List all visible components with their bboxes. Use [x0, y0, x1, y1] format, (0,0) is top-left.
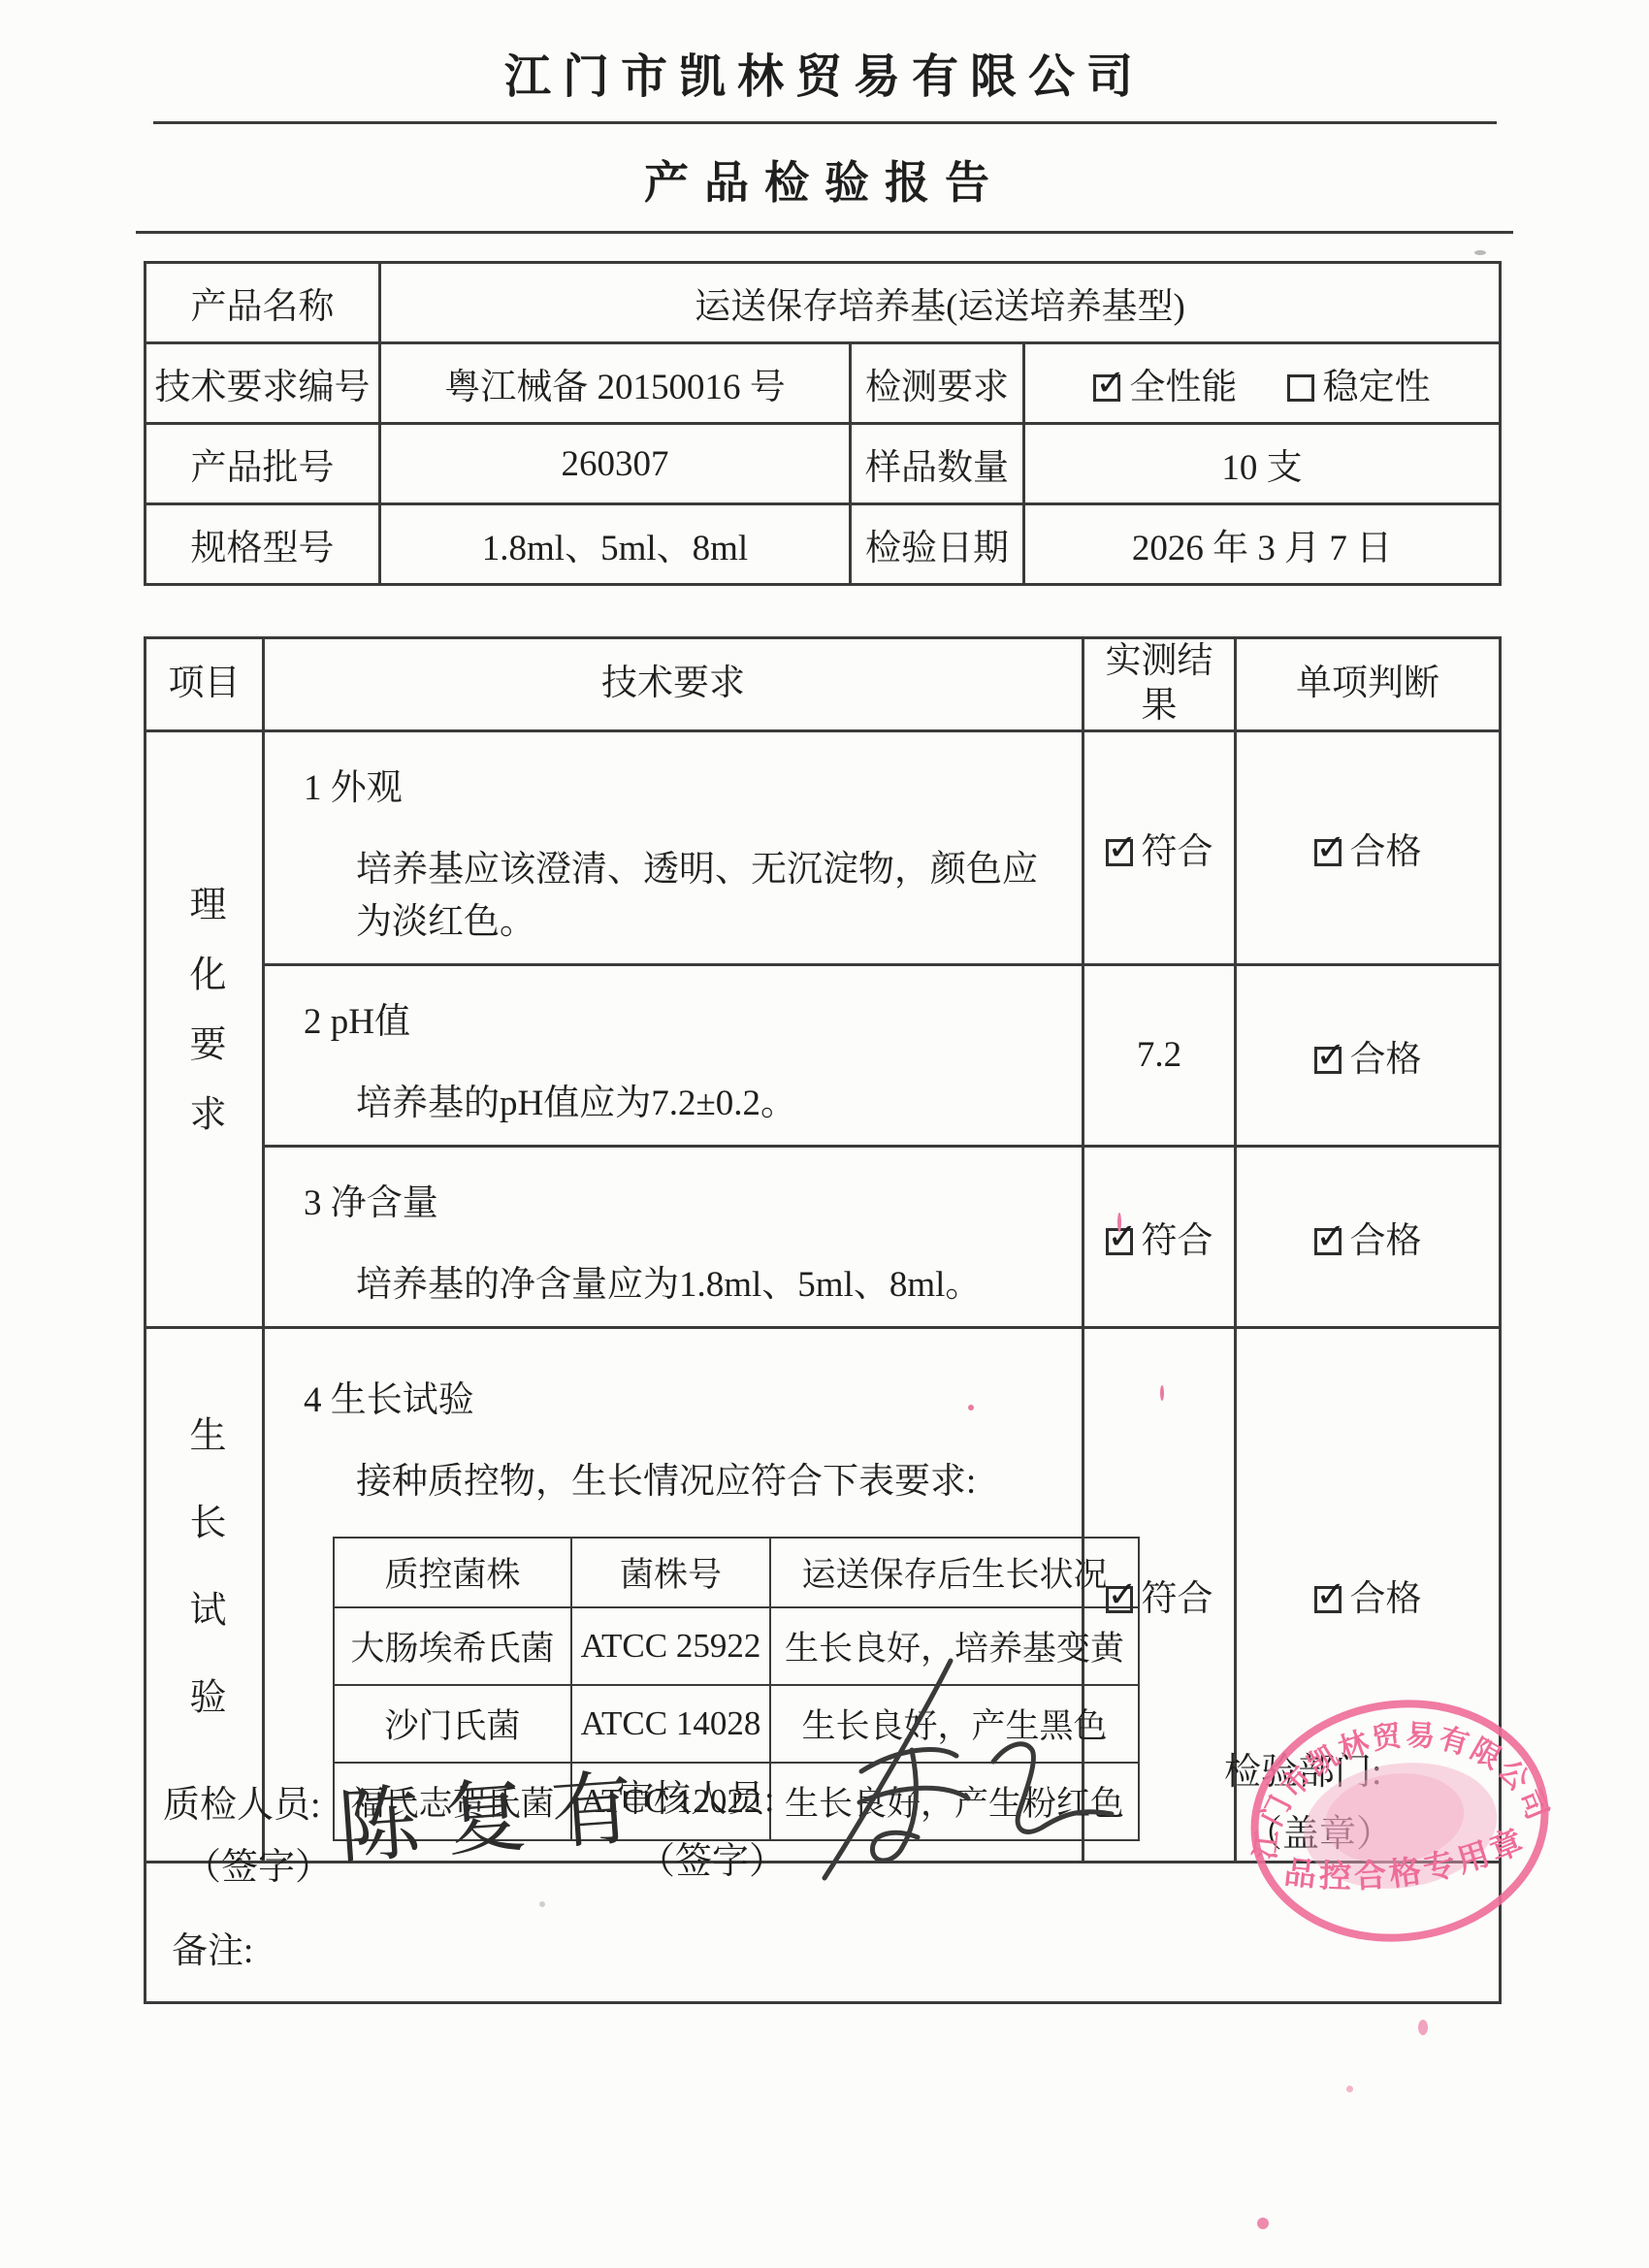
table-row-appearance: 理化要求 1 外观 培养基应该澄清、透明、无沉淀物，颜色应为淡红色。 ✓符合 ✓…	[145, 730, 1501, 964]
reviewer-label: 审核人员:	[617, 1781, 786, 1818]
option-label: 全性能	[1129, 368, 1237, 407]
company-name: 江门市凯林贸易有限公司	[0, 0, 1649, 106]
group-label-physical: 理化要求	[145, 730, 264, 1327]
table-row: 产品名称 运送保存培养基(运送培养基型)	[145, 263, 1501, 343]
date-value: 2026 年 3 月 7 日	[1024, 504, 1501, 585]
requirement-title: 1 外观	[304, 758, 1064, 810]
strain-number: ATCC 25922	[571, 1607, 770, 1685]
table-row: 技术要求编号 粤江械备 20150016 号 检测要求 ✓全性能 稳定性	[145, 343, 1501, 424]
checked-checkbox-icon: ✓	[1314, 839, 1342, 866]
judgment-ph: ✓合格	[1236, 964, 1501, 1146]
scan-artifact	[1474, 250, 1486, 255]
result-appearance: ✓符合	[1083, 730, 1236, 964]
checked-checkbox-icon: ✓	[1106, 839, 1133, 866]
sample-qty-label: 样品数量	[851, 424, 1024, 504]
table-row: 规格型号 1.8ml、5ml、8ml 检验日期 2026 年 3 月 7 日	[145, 504, 1501, 585]
requirement-appearance: 1 外观 培养基应该澄清、透明、无沉淀物，颜色应为淡红色。	[264, 730, 1083, 964]
scan-artifact	[1117, 1213, 1121, 1232]
reviewer-signature-scribble	[803, 1647, 1133, 1919]
inspector-block: 质检人员: （签字）	[163, 1787, 332, 1886]
date-label: 检验日期	[851, 504, 1024, 585]
requirement-desc: 培养基的净含量应为1.8ml、5ml、8ml。	[356, 1254, 1064, 1307]
reviewer-block: 审核人员: （签字）	[617, 1781, 786, 1880]
product-name-label: 产品名称	[145, 263, 380, 343]
judgment-net-content: ✓合格	[1236, 1146, 1501, 1327]
requirement-title: 3 净含量	[304, 1173, 1064, 1225]
empty-checkbox-icon	[1287, 374, 1314, 402]
scanned-report-page: 江门市凯林贸易有限公司 产品检验报告 产品名称 运送保存培养基(运送培养基型) …	[0, 0, 1649, 2268]
scan-artifact	[1257, 2218, 1269, 2229]
product-info-table: 产品名称 运送保存培养基(运送培养基型) 技术要求编号 粤江械备 2015001…	[144, 261, 1502, 586]
checked-checkbox-icon: ✓	[1314, 1228, 1342, 1255]
table-header-row: 项目 技术要求 实测结果 单项判断	[145, 638, 1501, 731]
option-label: 稳定性	[1323, 368, 1431, 407]
subtitle-divider	[136, 231, 1513, 234]
inspector-label: 质检人员:	[163, 1787, 332, 1824]
requirement-title: 4 生长试验	[304, 1370, 1064, 1422]
result-net-content: ✓符合	[1083, 1146, 1236, 1327]
table-row-ph: 2 pH值 培养基的pH值应为7.2±0.2。 7.2 ✓合格	[145, 964, 1501, 1146]
requirement-desc: 培养基的pH值应为7.2±0.2。	[356, 1073, 1064, 1125]
requirement-desc: 接种质控物，生长情况应符合下表要求:	[356, 1451, 1064, 1504]
inspector-sub-label: （签字）	[163, 1849, 332, 1886]
requirement-net-content: 3 净含量 培养基的净含量应为1.8ml、5ml、8ml。	[264, 1146, 1083, 1327]
scan-artifact	[1418, 2020, 1428, 2035]
quality-stamp-icon: 江门市凯林贸易有限公司 品控合格专用章	[1221, 1659, 1577, 1982]
growth-table-header-row: 质控菌株 菌株号 运送保存后生长状况	[334, 1538, 1139, 1607]
col-header-requirement: 技术要求	[264, 638, 1083, 731]
inspector-signature: 陈复有	[334, 1741, 662, 1881]
group-label-growth: 生长试验	[145, 1327, 264, 1862]
col-header-result: 实测结果	[1083, 638, 1236, 731]
growth-col-strain-no: 菌株号	[571, 1538, 770, 1607]
judgment-appearance: ✓合格	[1236, 730, 1501, 964]
col-header-item: 项目	[145, 638, 264, 731]
requirement-title: 2 pH值	[304, 991, 1064, 1044]
strain-name: 大肠埃希氏菌	[334, 1607, 571, 1685]
scan-artifact	[539, 1901, 545, 1907]
checked-checkbox-icon: ✓	[1106, 1586, 1133, 1613]
checked-checkbox-icon: ✓	[1314, 1586, 1342, 1613]
checked-checkbox-icon: ✓	[1314, 1047, 1342, 1074]
product-name-value: 运送保存培养基(运送培养基型)	[380, 263, 1501, 343]
result-ph: 7.2	[1083, 964, 1236, 1146]
title-divider	[153, 121, 1497, 124]
checkbox-stability: 稳定性	[1287, 368, 1431, 407]
requirement-ph: 2 pH值 培养基的pH值应为7.2±0.2。	[264, 964, 1083, 1146]
reviewer-sub-label: （签字）	[617, 1843, 786, 1880]
spec-label: 规格型号	[145, 504, 380, 585]
page-title: 产品检验报告	[0, 147, 1649, 211]
batch-value: 260307	[380, 424, 851, 504]
table-row-net-content: 3 净含量 培养基的净含量应为1.8ml、5ml、8ml。 ✓符合 ✓合格	[145, 1146, 1501, 1327]
scan-artifact	[968, 1405, 974, 1410]
batch-label: 产品批号	[145, 424, 380, 504]
tech-req-value: 粤江械备 20150016 号	[380, 343, 851, 424]
col-header-judgment: 单项判断	[1236, 638, 1501, 731]
sample-qty-value: 10 支	[1024, 424, 1501, 504]
checked-checkbox-icon: ✓	[1093, 374, 1120, 402]
test-req-options: ✓全性能 稳定性	[1024, 343, 1501, 424]
requirement-desc: 培养基应该澄清、透明、无沉淀物，颜色应为淡红色。	[356, 839, 1064, 944]
growth-col-strain: 质控菌株	[334, 1538, 571, 1607]
checkbox-full-performance: ✓全性能	[1093, 368, 1237, 407]
scan-artifact	[1346, 2086, 1353, 2092]
spec-value: 1.8ml、5ml、8ml	[380, 504, 851, 585]
tech-req-label: 技术要求编号	[145, 343, 380, 424]
table-row: 产品批号 260307 样品数量 10 支	[145, 424, 1501, 504]
test-req-label: 检测要求	[851, 343, 1024, 424]
scan-artifact	[1160, 1385, 1164, 1401]
